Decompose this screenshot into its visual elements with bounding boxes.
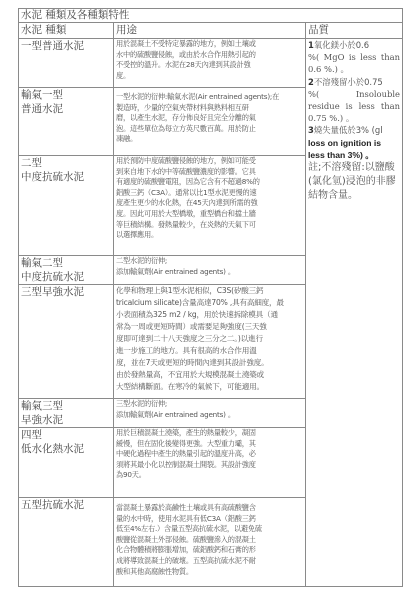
- cement-use-cell: 當混凝土暴露於高鹼性土壤或具有高硫酸鹽含 量的水中時，使用水泥具有低C3A（鋁酸…: [114, 498, 306, 587]
- use-line: 用於混凝土不受特定暴露的地方，例如土壤或: [116, 39, 303, 50]
- use-line: 有適度的硫酸鹽電阻，因為它含有不超過8%的: [116, 177, 303, 188]
- quality-item-1-en: %( MgO is less than 0.6 %.) 。: [308, 51, 400, 75]
- use-line: 由於發熱量高，不宜用於大規模混凝土澆築或: [116, 369, 303, 381]
- cement-use-cell: 二型水泥的衍伸; 添加輸氣劑(Air entrained agents) 。: [114, 256, 306, 285]
- quality-item-3-en: loss on ignition is less than 3%) 。: [308, 137, 400, 161]
- cement-type-name: 二型: [21, 156, 111, 170]
- use-line: 度，並在7天或更短的時間內達到其設計強度。: [116, 357, 303, 369]
- header-type: 水泥 種類: [19, 23, 114, 39]
- use-line: 泡。這些單位為每立方英尺數百萬。用於防止: [116, 124, 303, 135]
- use-line: 小表面積為325 m2 / kg，用於快速拆除模具（通: [116, 309, 303, 321]
- use-line: 二型水泥的衍伸;: [116, 256, 303, 267]
- cement-type-name: 早強水泥: [21, 413, 111, 427]
- quality-item-1: 1氧化鎂小於0.6: [308, 39, 400, 51]
- cement-use-cell: 三型水泥的衍伸; 添加輸氣劑(Air entrained agents) 。: [114, 399, 306, 428]
- use-line: 鋁酸三鈣（C3A）。通常以比1型水泥更慢的速: [116, 188, 303, 199]
- cement-type-name: 輸氣二型: [21, 256, 111, 270]
- cement-types-table: 水泥 種類及各種類特性 水泥 種類 用途 品質 一型普通水泥 用於混凝土不受特定…: [18, 8, 403, 587]
- use-line: 酸和其他高腐蝕性物質。: [116, 567, 303, 578]
- use-line: 等巨積結構。發熱量較少，在炎熱的天氣下可: [116, 220, 303, 231]
- use-line: 常為一周或更短時間）或需要足夠強度(三天強: [116, 321, 303, 333]
- use-line: 為90天。: [116, 470, 303, 481]
- table-row: 一型普通水泥 用於混凝土不受特定暴露的地方，例如土壤或 水中的硫酸鹽侵蝕，或由於…: [19, 39, 403, 88]
- use-line: 用於巨積混凝土澆築，產生的熱量較少，凝固: [116, 428, 303, 439]
- cement-use-cell: 用於預防中度硫酸鹽侵蝕的地方，例如可能受 到來自地下水的中等硫酸鹽濃度的影響。它…: [114, 156, 306, 256]
- cement-use-cell: 一型水泥的衍伸:輸氣水泥(Air entrained agents);在 製造時…: [114, 88, 306, 156]
- cement-type-cell: 四型 低水化熱水泥: [19, 428, 114, 498]
- cement-type-name: 低水化熱水泥: [21, 442, 111, 456]
- use-line: tricalcium silicate)含量高達70% ,具有高細度，最: [116, 297, 303, 309]
- use-line: 凍融。: [116, 134, 303, 145]
- use-line: 添加輸氣劑(Air entrained agents) 。: [116, 410, 303, 421]
- quality-note: 註;不溶殘留:以鹽酸(氯化氫)浸泡的非膠結物含量。: [308, 161, 400, 203]
- use-line: 到來自地下水的中等硫酸鹽濃度的影響。它具: [116, 167, 303, 178]
- use-line: 製造時，少量的空氣夾帶材料與熟料相互研: [116, 103, 303, 114]
- cement-type-cell: 一型普通水泥: [19, 39, 114, 88]
- cement-type-cell: 輸氣三型 早強水泥: [19, 399, 114, 428]
- use-line: 用於預防中度硫酸鹽侵蝕的地方，例如可能受: [116, 156, 303, 167]
- cement-type-name: 輸氣三型: [21, 399, 111, 413]
- quality-item-2: 2不溶殘留小於0.75: [308, 76, 400, 88]
- cement-type-name: 中度抗硫水泥: [21, 170, 111, 184]
- cement-type-name: 普通水泥: [21, 102, 111, 116]
- cement-use-cell: 用於混凝土不受特定暴露的地方，例如土壤或 水中的硫酸鹽侵蝕，或由於水合作用熱引起…: [114, 39, 306, 88]
- use-line: 化合物體積將膨脹增加，硫鋁酸鈣和石膏的形: [116, 545, 303, 556]
- use-line: 度。: [116, 71, 303, 82]
- use-line: 水中的硫酸鹽侵蝕，或由於水合作用熱引起的: [116, 50, 303, 61]
- use-line: 度即可達到二十八天強度之三分之二。)以進行: [116, 333, 303, 345]
- use-line: 當混凝土暴露於高鹼性土壤或具有高硫酸鹽含: [116, 503, 303, 514]
- use-line: 成將導致混凝土的破壞。五型高抗硫水泥不耐: [116, 556, 303, 567]
- cement-type-name: 輸氣一型: [21, 88, 111, 102]
- use-line: 中硬化過程中產生的熱量引起的溫度升高，必: [116, 449, 303, 460]
- use-line: 不受控的溫升。水泥在28天內達到其設計強: [116, 60, 303, 71]
- use-line: 度產生更少的水化熱，在45天內達到所需的強: [116, 198, 303, 209]
- use-line: 大型結構斷面。在寒冷的氣候下，可能適用。: [116, 381, 303, 393]
- table-title: 水泥 種類及各種類特性: [19, 9, 403, 23]
- use-line: 添加輸氣劑(Air entrained agents) 。: [116, 267, 303, 278]
- cement-type-cell: 三型早強水泥: [19, 285, 114, 399]
- quality-item-3: 3燒失量低於3% (gl: [308, 124, 400, 136]
- use-line: 須將其最小化以控制混凝土開裂。其設計強度: [116, 460, 303, 471]
- use-line: 量的水中時，使用水泥具有低C3A（鋁酸三鈣: [116, 514, 303, 525]
- cement-type-name: 一型普通水泥: [21, 39, 111, 53]
- use-line: 低至4%左右.）含量五型高抗硫水泥，以避免硫: [116, 524, 303, 535]
- use-line: 酸鹽從混凝土外部侵蝕。硫酸鹽滲入的混凝土: [116, 535, 303, 546]
- use-line: 磨，以產生水泥，存分佈良好且完全分離的氣: [116, 113, 303, 124]
- use-line: 緩慢，但在固化後變得更強。大型重力壩，其: [116, 439, 303, 450]
- cement-type-cell: 輸氣二型 中度抗硫水泥: [19, 256, 114, 285]
- cement-type-cell: 輸氣一型 普通水泥: [19, 88, 114, 156]
- header-use: 用途: [114, 23, 306, 39]
- quality-item-2-en: %( Insolouble residue is less than 0.75 …: [308, 88, 400, 125]
- cement-type-cell: 五型抗硫水泥: [19, 498, 114, 587]
- header-quality: 品質: [306, 23, 403, 39]
- use-line: 化學和物理上與1型水泥相似，C3S(矽酸三鈣: [116, 285, 303, 297]
- cement-type-name: 五型抗硫水泥: [21, 498, 111, 512]
- use-line: 一型水泥的衍伸:輸氣水泥(Air entrained agents);在: [116, 92, 303, 103]
- use-line: 以選擇應用。: [116, 230, 303, 241]
- cement-type-cell: 二型 中度抗硫水泥: [19, 156, 114, 256]
- header-row: 水泥 種類 用途 品質: [19, 23, 403, 39]
- use-line: 度。因此可用於大型橋墩，重型橋台和擋土牆: [116, 209, 303, 220]
- cement-type-name: 四型: [21, 428, 111, 442]
- cement-use-cell: 化學和物理上與1型水泥相似，C3S(矽酸三鈣 tricalcium silica…: [114, 285, 306, 399]
- use-line: 進一步施工的地方。具有很高的水合作用溫: [116, 345, 303, 357]
- quality-cell: 1氧化鎂小於0.6 %( MgO is less than 0.6 %.) 。 …: [306, 39, 403, 587]
- cement-type-name: 中度抗硫水泥: [21, 270, 111, 284]
- cement-type-name: 三型早強水泥: [21, 285, 111, 299]
- cement-use-cell: 用於巨積混凝土澆築，產生的熱量較少，凝固 緩慢，但在固化後變得更強。大型重力壩，…: [114, 428, 306, 498]
- use-line: 三型水泥的衍伸;: [116, 399, 303, 410]
